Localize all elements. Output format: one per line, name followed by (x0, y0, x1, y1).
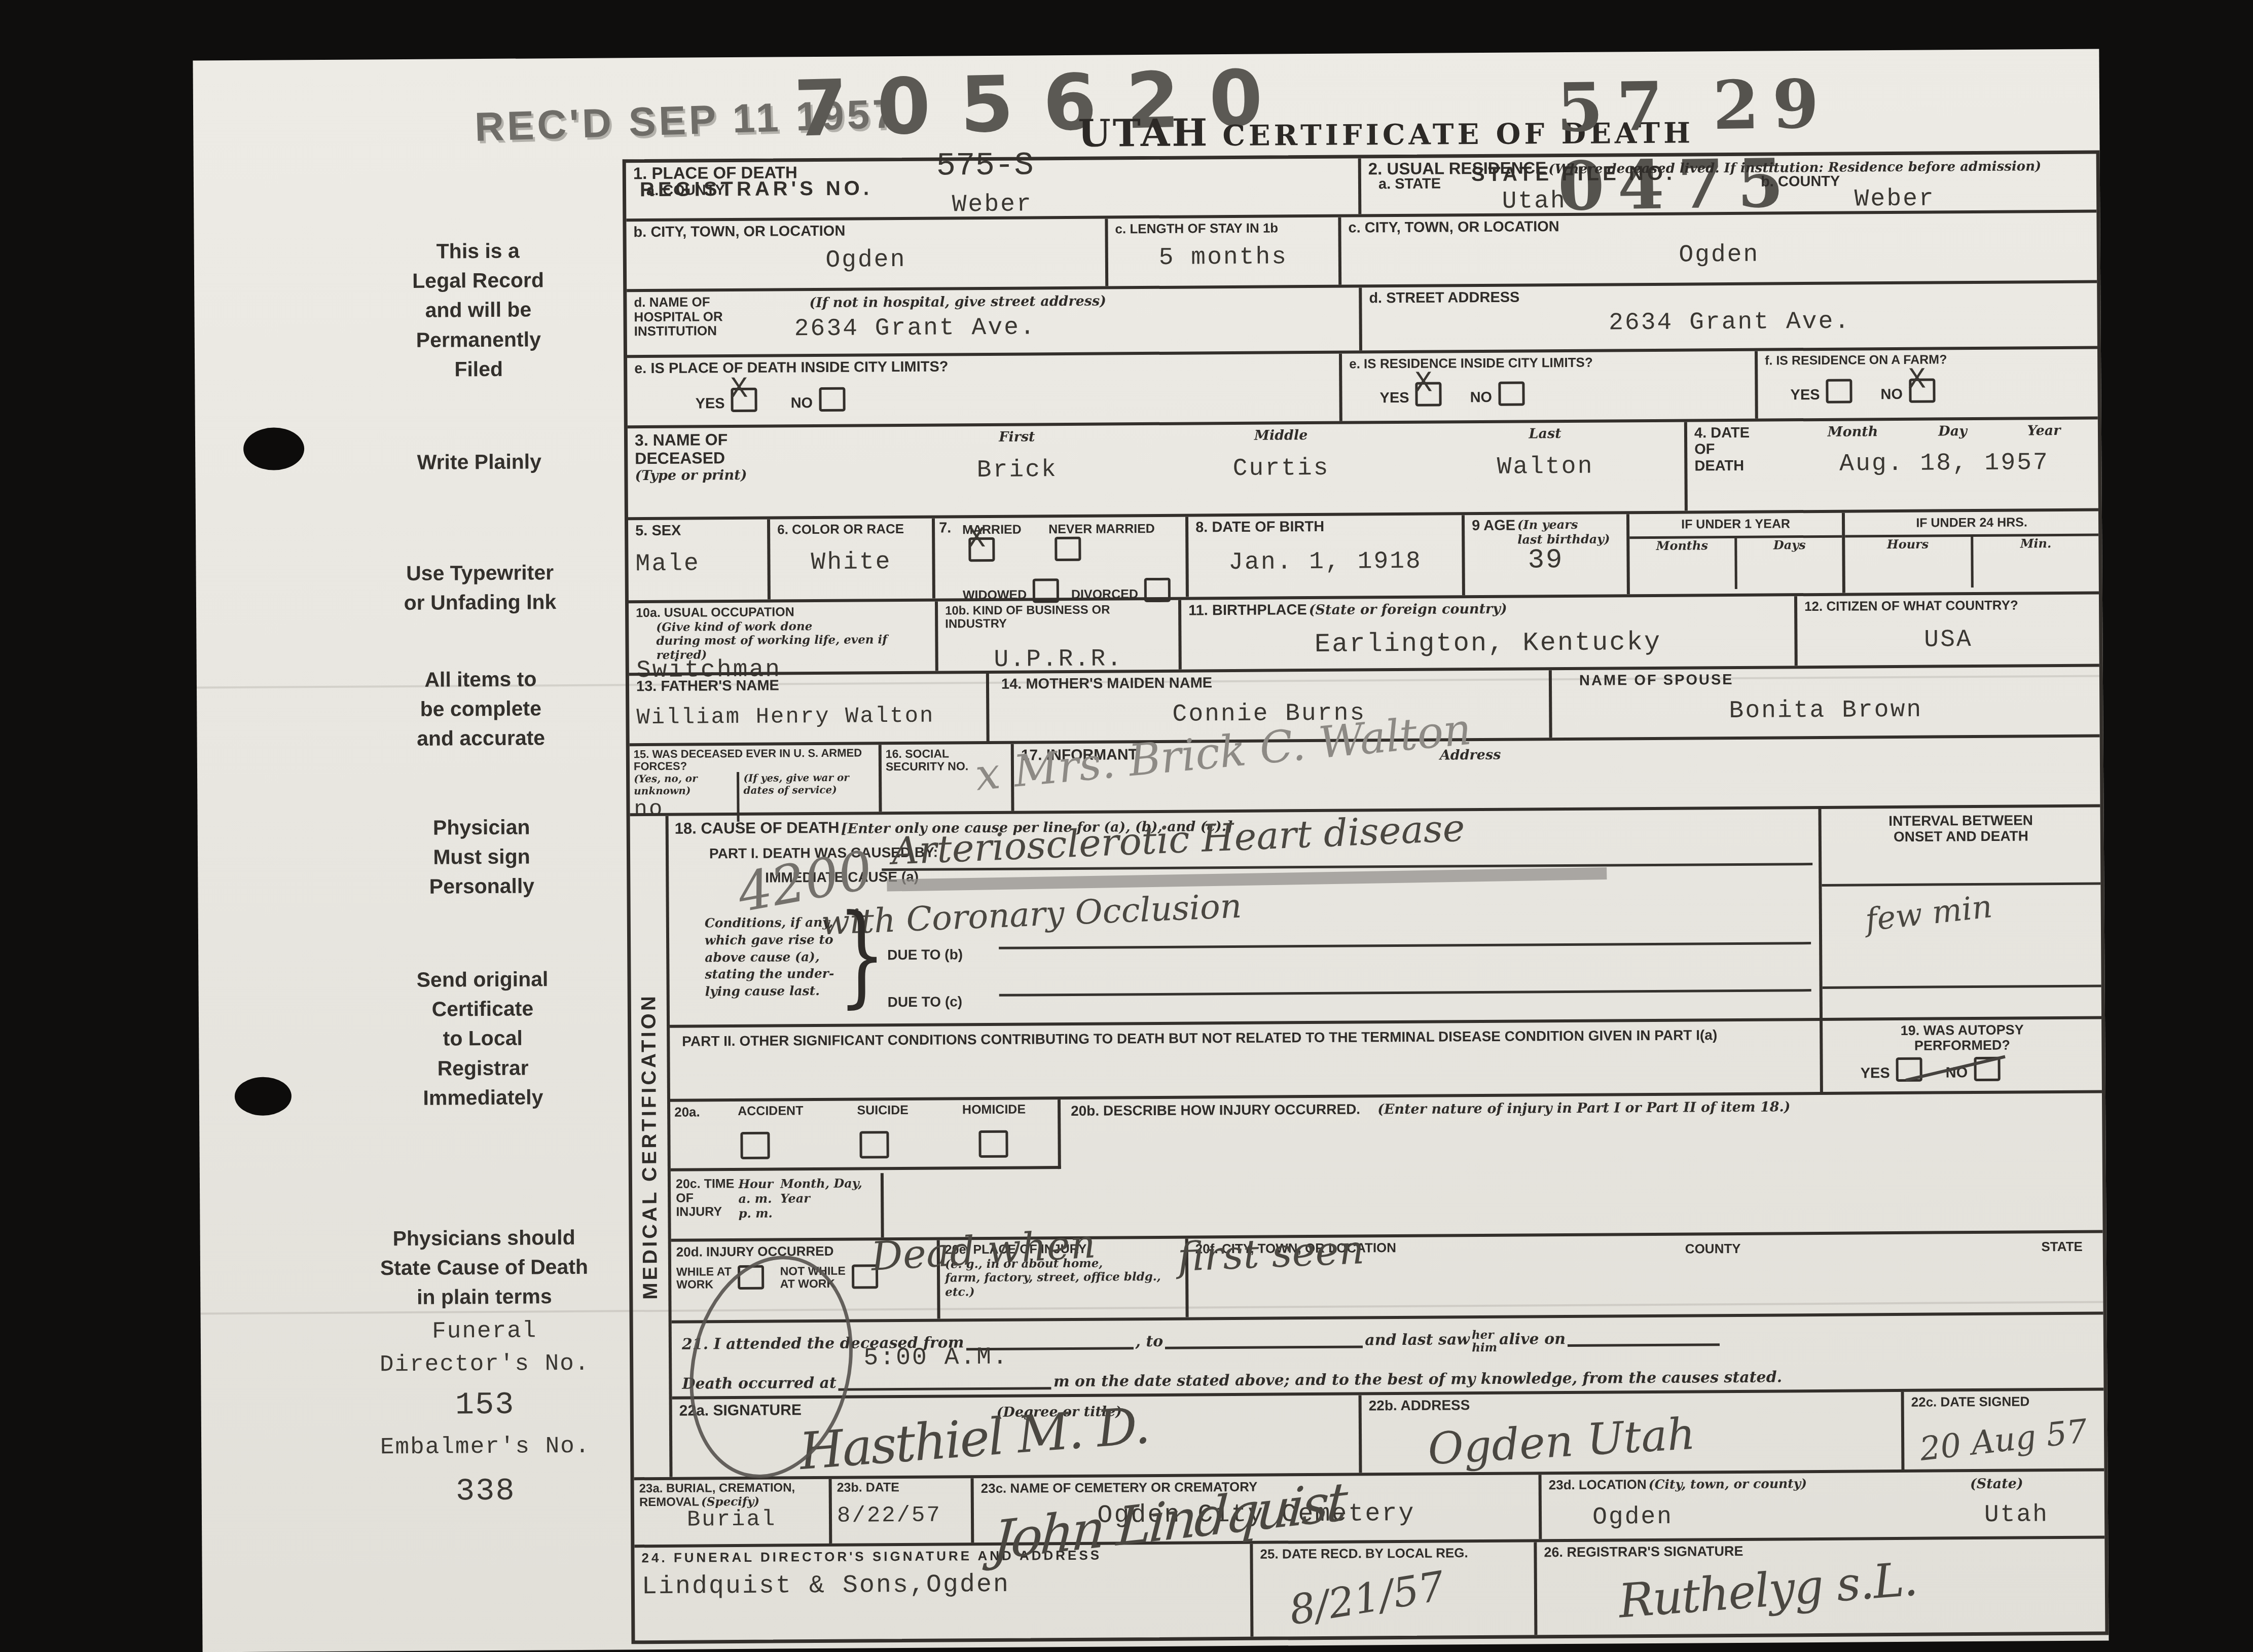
funeral-director-no-value: 153 (297, 1382, 673, 1429)
cause-label: 18. CAUSE OF DEATH (675, 819, 840, 838)
field-color-or-race: 6. COLOR OR RACE White (770, 519, 935, 600)
street-address-value: 2634 Grant Ave. (1369, 307, 2090, 339)
field-burial-date: 23b. DATE 8/22/57 (832, 1478, 974, 1544)
margin-note-physician-sign: Physician Must sign Personally (294, 812, 670, 902)
year-label: Year (2027, 423, 2061, 439)
medical-certification-label: MEDICAL CERTIFICATION (637, 994, 662, 1300)
field-date-of-death: 4. DATE OF DEATH Month Day Year Aug. 18,… (1687, 420, 2098, 511)
yes-label: YES (695, 395, 724, 412)
injury-county-label: COUNTY (1685, 1241, 1741, 1256)
father-label: 13. FATHER'S NAME (636, 677, 979, 695)
residence-farm-label: f. IS RESIDENCE ON A FARM? (1765, 352, 2090, 368)
field-hospital-or-institution: d. NAME OF HOSPITAL OR INSTITUTION (If n… (627, 287, 1362, 355)
alive-on-blank (1568, 1324, 1720, 1347)
hospital-hint: (If not in hospital, give street address… (809, 293, 1106, 312)
months-label: Months (1656, 538, 1708, 553)
conditions-note: Conditions, if any, which gave rise to a… (705, 914, 834, 1000)
birthplace-value: Earlington, Kentucky (1188, 627, 1787, 660)
interval-rule (1823, 985, 2101, 989)
date-of-death-value: Aug. 18, 1957 (1798, 449, 2091, 479)
margin-note-typewriter: Use Typewriter or Unfading Ink (292, 557, 668, 618)
armed-forces-hint2: (If yes, give war or dates of service) (743, 772, 875, 797)
field-burial-type: 23a. BURIAL, CREMATION, REMOVAL (Specify… (634, 1479, 832, 1545)
field-if-under-1-year: IF UNDER 1 YEAR Months Days (1629, 513, 1845, 595)
field-street-address: d. STREET ADDRESS 2634 Grant Ave. (1362, 283, 2097, 351)
armed-forces-hint1: (Yes, no, or unknown) (634, 772, 737, 797)
title-state: UTAH (1078, 111, 1209, 156)
no-label: NO (1880, 386, 1903, 402)
address-label: 22b. ADDRESS (1369, 1397, 1470, 1413)
no-checkbox (819, 387, 845, 412)
city-of-death-value: Ogden (634, 245, 1098, 276)
middle-name-value: Curtis (1149, 454, 1413, 483)
attended-to-label: , to (1135, 1333, 1163, 1350)
field-cause-of-death: 18. CAUSE OF DEATH [Enter only one cause… (669, 809, 1823, 1025)
field-father-name: 13. FATHER'S NAME William Henry Walton (629, 674, 990, 743)
row-cause-of-death: 18. CAUSE OF DEATH [Enter only one cause… (669, 807, 2101, 1025)
injury-state-label: STATE (2041, 1239, 2083, 1254)
no-checkbox (1498, 381, 1524, 406)
field-name-of-deceased: 3. NAME OF DECEASED (Type or print) Firs… (628, 422, 1688, 518)
part2-label: PART II. OTHER SIGNIFICANT CONDITIONS CO… (677, 1024, 1812, 1049)
residence-county-label: b. COUNTY (1761, 173, 1840, 190)
row-occupation-birthplace: 10a. USUAL OCCUPATION (Give kind of work… (629, 592, 2099, 673)
hospital-label: d. NAME OF HOSPITAL OR INSTITUTION (634, 295, 723, 339)
mother-label: 14. MOTHER'S MAIDEN NAME (1001, 673, 1542, 692)
age-label: 9 AGE (1472, 518, 1515, 534)
usual-residence-title: 2. USUAL RESIDENCE (1368, 158, 1547, 178)
armed-forces-label: 15. WAS DECEASED EVER IN U. S. ARMED FOR… (634, 747, 875, 773)
cause-c-line (999, 989, 1811, 997)
field-part2-conditions: PART II. OTHER SIGNIFICANT CONDITIONS CO… (670, 1021, 1823, 1099)
field-interval-onset-death: INTERVAL BETWEEN ONSET AND DEATH few min (1822, 807, 2102, 1018)
length-of-stay-label: c. LENGTH OF STAY IN 1b (1115, 221, 1331, 236)
married-checkbox: X (968, 537, 995, 561)
describe-injury-label: 20b. DESCRIBE HOW INJURY OCCURRED. (1071, 1101, 1360, 1118)
accident-label: ACCIDENT (738, 1104, 803, 1118)
attended-to-blank (1165, 1326, 1363, 1349)
never-married-checkbox (1055, 536, 1081, 561)
field-usual-occupation: 10a. USUAL OCCUPATION (Give kind of work… (629, 602, 938, 673)
hour-label: Hour (738, 1177, 773, 1192)
x-mark: X (1414, 367, 1432, 400)
field-date-received: 25. DATE RECD. BY LOCAL REG. 8/21/57 (1253, 1542, 1537, 1636)
field-funeral-director: 24. FUNERAL DIRECTOR'S SIGNATURE AND ADD… (634, 1544, 1253, 1640)
middle-name-label: Middle (1149, 427, 1413, 445)
no-label: NO (791, 395, 813, 411)
row-funeral-registrar: 24. FUNERAL DIRECTOR'S SIGNATURE AND ADD… (634, 1536, 2105, 1641)
burial-date-label: 23b. DATE (837, 1480, 966, 1495)
homicide-checkbox (978, 1130, 1008, 1157)
yes-label: YES (1861, 1065, 1890, 1081)
death-time-blank: 5:00 A.M. (839, 1368, 1051, 1391)
x-mark: X (968, 522, 986, 555)
her-him-label: her him (1472, 1329, 1497, 1354)
last-saw-label: and last saw (1365, 1331, 1470, 1349)
burial-label-1: 23a. BURIAL, CREMATION, (639, 1481, 824, 1496)
yes-checkbox: X (731, 388, 757, 412)
interval-label: INTERVAL BETWEEN ONSET AND DEATH (1829, 813, 2093, 846)
date-received-handwriting: 8/21/57 (1286, 1562, 1448, 1634)
funeral-director-value: Lindquist & Sons,Ogden (642, 1569, 1243, 1601)
street-address-label: d. STREET ADDRESS (1369, 286, 2090, 307)
race-label: 6. COLOR OR RACE (777, 522, 925, 537)
first-name-value: Brick (885, 456, 1149, 485)
cause-b-line (999, 942, 1811, 949)
cause-a-handwriting: Arteriosclerotic Heart disease (891, 806, 1466, 873)
field-physician-address: 22b. ADDRESS Ogden Utah (1362, 1392, 1905, 1473)
field-age: 9 AGE (In years last birthday) 39 (1465, 514, 1630, 595)
margin-note-legal-record: This is a Legal Record and will be Perma… (290, 235, 667, 385)
under-1-year-label: IF UNDER 1 YEAR (1629, 513, 1842, 536)
hospital-value: 2634 Grant Ave. (794, 314, 1036, 343)
funeral-director-no-label: Funeral Director's No. (297, 1314, 673, 1382)
margin-note-complete: All items to be complete and accurate (293, 664, 669, 754)
field-registrar-signature: 26. REGISTRAR'S SIGNATURE Ruthelyg s.L. (1537, 1539, 2105, 1635)
attended-note-handwriting-2: first seen (1177, 1227, 1365, 1280)
describe-injury-hint: (Enter nature of injury in Part I or Par… (1377, 1099, 1791, 1117)
field-length-of-stay: c. LENGTH OF STAY IN 1b 5 months (1108, 217, 1341, 286)
row-city-length: b. CITY, TOWN, OR LOCATION Ogden c. LENG… (626, 210, 2097, 289)
row-hospital-street: d. NAME OF HOSPITAL OR INSTITUTION (If n… (627, 280, 2097, 355)
death-time-value: 5:00 A.M. (863, 1344, 1009, 1372)
field-sex: 5. SEX Male (628, 520, 771, 601)
field-burial-location: 23d. LOCATION (City, town, or county) (S… (1542, 1472, 2105, 1539)
date-of-death-label: 4. DATE OF DEATH (1694, 424, 1798, 507)
physician-address-handwriting: Ogden Utah (1427, 1409, 1697, 1475)
field-citizen-country: 12. CITIZEN OF WHAT COUNTRY? USA (1797, 595, 2099, 666)
physician-signature-handwriting: Hasthiel M. D. (797, 1396, 1151, 1481)
x-mark: X (1908, 363, 1926, 396)
business-label: 10b. KIND OF BUSINESS OR INDUSTRY (945, 603, 1171, 632)
residence-city-label: c. CITY, TOWN, OR LOCATION (1348, 216, 2089, 237)
residence-city-limits-label: e. IS RESIDENCE INSIDE CITY LIMITS? (1349, 354, 1748, 371)
field-business-industry: 10b. KIND OF BUSINESS OR INDUSTRY U.P.R.… (938, 600, 1182, 671)
last-name-value: Walton (1413, 453, 1677, 482)
item-20a-number: 20a. (674, 1105, 700, 1119)
accident-checkbox (741, 1131, 770, 1159)
location-label: 23d. LOCATION (1549, 1477, 1647, 1492)
never-married-label: NEVER MARRIED (1048, 522, 1155, 536)
state-label: a. STATE (1378, 176, 1441, 193)
location-state-hint: (State) (1970, 1476, 2023, 1493)
birthplace-hint: (State or foreign country) (1309, 601, 1507, 618)
death-certificate-form: 1. PLACE OF DEATH a. COUNTY Weber 2. USU… (623, 151, 2109, 1644)
yes-checkbox: X (1415, 382, 1441, 406)
margin-note-send-original: Send original Certificate to Local Regis… (295, 964, 671, 1114)
row-burial: 23a. BURIAL, CREMATION, REMOVAL (Specify… (634, 1469, 2105, 1545)
row-city-limits: e. IS PLACE OF DEATH INSIDE CITY LIMITS?… (627, 346, 2098, 426)
ink-smudge (887, 867, 1607, 892)
certificate-paper: REC'D SEP 11 1957 705620 REGISTRAR'S NO.… (193, 49, 2109, 1646)
sex-value: Male (635, 550, 760, 578)
row-attended-statement: 21. I attended the deceased from , to an… (672, 1312, 2104, 1397)
field-describe-injury: 20b. DESCRIBE HOW INJURY OCCURRED. (Ente… (1064, 1093, 2102, 1169)
day-label: Day (1938, 423, 1967, 440)
field-autopsy: 19. WAS AUTOPSY PERFORMED? YES NO — (1823, 1019, 2102, 1092)
field-residence-inside-city-limits: e. IS RESIDENCE INSIDE CITY LIMITS? YESX… (1342, 351, 1758, 421)
age-value: 39 (1472, 544, 1619, 576)
occupation-label: 10a. USUAL OCCUPATION (636, 605, 794, 620)
location-hint: (City, town, or county) (1649, 1476, 1807, 1492)
age-hint: (In years last birthday) (1517, 517, 1610, 547)
no-label: NO (1470, 389, 1492, 405)
place-of-death-title: 1. PLACE OF DEATH (633, 163, 797, 182)
yes-label: YES (1379, 389, 1409, 406)
field-place-of-death-county: 1. PLACE OF DEATH a. COUNTY Weber (626, 158, 1362, 218)
row-place-residence-header: 1. PLACE OF DEATH a. COUNTY Weber 2. USU… (626, 154, 2097, 219)
dob-value: Jan. 1, 1918 (1195, 547, 1455, 576)
field-usual-residence: 2. USUAL RESIDENCE (Where deceased lived… (1361, 154, 2097, 214)
embalmer-no-label: Embalmer's No. (298, 1429, 673, 1465)
row-part2-autopsy: PART II. OTHER SIGNIFICANT CONDITIONS CO… (670, 1016, 2102, 1099)
medical-certification-rail: MEDICAL CERTIFICATION (630, 816, 673, 1477)
ampm-label: a. m. p. m. (738, 1191, 773, 1221)
yes-label: YES (1790, 386, 1820, 402)
time-of-injury-label: 20c. TIME OF INJURY (676, 1177, 739, 1236)
field-accident-suicide-homicide: 20a. ACCIDENT SUICIDE HOMICIDE (670, 1099, 1061, 1171)
burial-date-value: 8/22/57 (837, 1502, 966, 1529)
days-label: Days (1773, 537, 1806, 552)
citizen-label: 12. CITIZEN OF WHAT COUNTRY? (1804, 598, 2092, 614)
birthplace-label: 11. BIRTHPLACE (1188, 602, 1307, 618)
due-to-c-label: DUE TO (c) (888, 994, 962, 1010)
due-to-b-label: DUE TO (b) (887, 947, 963, 963)
medical-certification-block: MEDICAL CERTIFICATION 18. CAUSE OF DEATH… (630, 804, 2104, 1478)
alive-on-label: alive on (1499, 1330, 1566, 1348)
marital-number: 7. (939, 520, 951, 536)
race-value: White (777, 548, 925, 576)
date-signed-label: 22c. DATE SIGNED (1911, 1394, 2097, 1410)
registrar-signature-label: 26. REGISTRAR'S SIGNATURE (1544, 1542, 2097, 1560)
row-sex-race-marital: 5. SEX Male 6. COLOR OR RACE White 7. MA… (628, 508, 2099, 601)
citizen-value: USA (1804, 625, 2092, 654)
residence-city-value: Ogden (1349, 239, 2090, 271)
field-death-inside-city-limits: e. IS PLACE OF DEATH INSIDE CITY LIMITS?… (627, 354, 1342, 426)
field-birthplace: 11. BIRTHPLACE (State or foreign country… (1181, 596, 1798, 669)
row-name-dod: 3. NAME OF DECEASED (Type or print) Firs… (628, 417, 2098, 518)
under-24-hrs-label: IF UNDER 24 HRS. (1845, 511, 2098, 535)
father-value: William Henry Walton (636, 703, 979, 730)
field-residence-city: c. CITY, TOWN, OR LOCATION Ogden (1341, 213, 2097, 285)
field-time-of-injury: 20c. TIME OF INJURY Hour a. m. p. m. Mon… (671, 1173, 884, 1239)
homicide-label: HOMICIDE (962, 1103, 1026, 1117)
field-marital-status: 7. MARRIEDX NEVER MARRIED WIDOWED DIVORC… (935, 517, 1189, 599)
field-armed-forces: 15. WAS DECEASED EVER IN U. S. ARMED FOR… (630, 745, 882, 813)
brace-glyph: } (837, 891, 886, 1019)
embalmer-no-value: 338 (298, 1468, 673, 1515)
interval-rule (1822, 883, 2100, 887)
field-date-signed: 22c. DATE SIGNED 20 Aug 57 (1904, 1391, 2104, 1470)
spouse-value: Bonita Brown (1559, 695, 2092, 726)
sex-label: 5. SEX (635, 523, 760, 539)
dob-label: 8. DATE OF BIRTH (1195, 518, 1455, 536)
spouse-label: NAME OF SPOUSE (1579, 670, 2092, 689)
city-of-death-label: b. CITY, TOWN, OR LOCATION (633, 222, 1098, 241)
month-label: Month (1828, 424, 1878, 440)
suicide-label: SUICIDE (857, 1104, 909, 1118)
location-city-value: Ogden (1592, 1503, 1673, 1531)
margin-note-write-plainly: Write Plainly (292, 446, 667, 478)
date-received-label: 25. DATE RECD. BY LOCAL REG. (1260, 1545, 1527, 1561)
name-of-deceased-label: 3. NAME OF DECEASED (635, 430, 885, 468)
no-checkbox: X (1909, 378, 1935, 402)
attended-text2: m on the date stated above; and to the b… (1053, 1369, 1782, 1391)
field-residence-on-farm: f. IS RESIDENCE ON A FARM? YES NOX (1758, 349, 2098, 419)
row-injury-block: 20a. ACCIDENT SUICIDE HOMICIDE (670, 1090, 2103, 1239)
first-name-label: First (885, 428, 1149, 447)
x-mark: X (730, 373, 748, 406)
date-signed-handwriting: 20 Aug 57 (1918, 1413, 2089, 1469)
type-or-print-hint: (Type or print) (635, 466, 885, 484)
registrar-signature-handwriting: Ruthelyg s.L. (1617, 1552, 1919, 1628)
yes-checkbox (1826, 379, 1852, 403)
length-of-stay-value: 5 months (1115, 243, 1331, 272)
field-if-under-24-hrs: IF UNDER 24 HRS. Hours Min. (1845, 511, 2099, 593)
hours-label: Hours (1887, 536, 1929, 552)
min-label: Min. (2020, 536, 2052, 550)
field-spouse-name: NAME OF SPOUSE Bonita Brown (1552, 667, 2100, 738)
field-city-of-death: b. CITY, TOWN, OR LOCATION Ogden (626, 218, 1108, 289)
field-date-of-birth: 8. DATE OF BIRTH Jan. 1, 1918 (1188, 515, 1465, 597)
suicide-checkbox (859, 1131, 889, 1158)
punch-hole (235, 1077, 292, 1116)
burial-value: Burial (639, 1507, 824, 1533)
month-day-year-label: Month, Day, Year (780, 1176, 876, 1235)
location-state-value: Utah (1984, 1501, 2049, 1529)
margin-note-plain-terms: Physicians should State Cause of Death i… (296, 1222, 672, 1313)
last-name-label: Last (1413, 425, 1677, 444)
interval-handwriting: few min (1864, 888, 1994, 938)
row-physician-signature: 22a. SIGNATURE (Degree or title) Hasthie… (672, 1388, 2104, 1477)
